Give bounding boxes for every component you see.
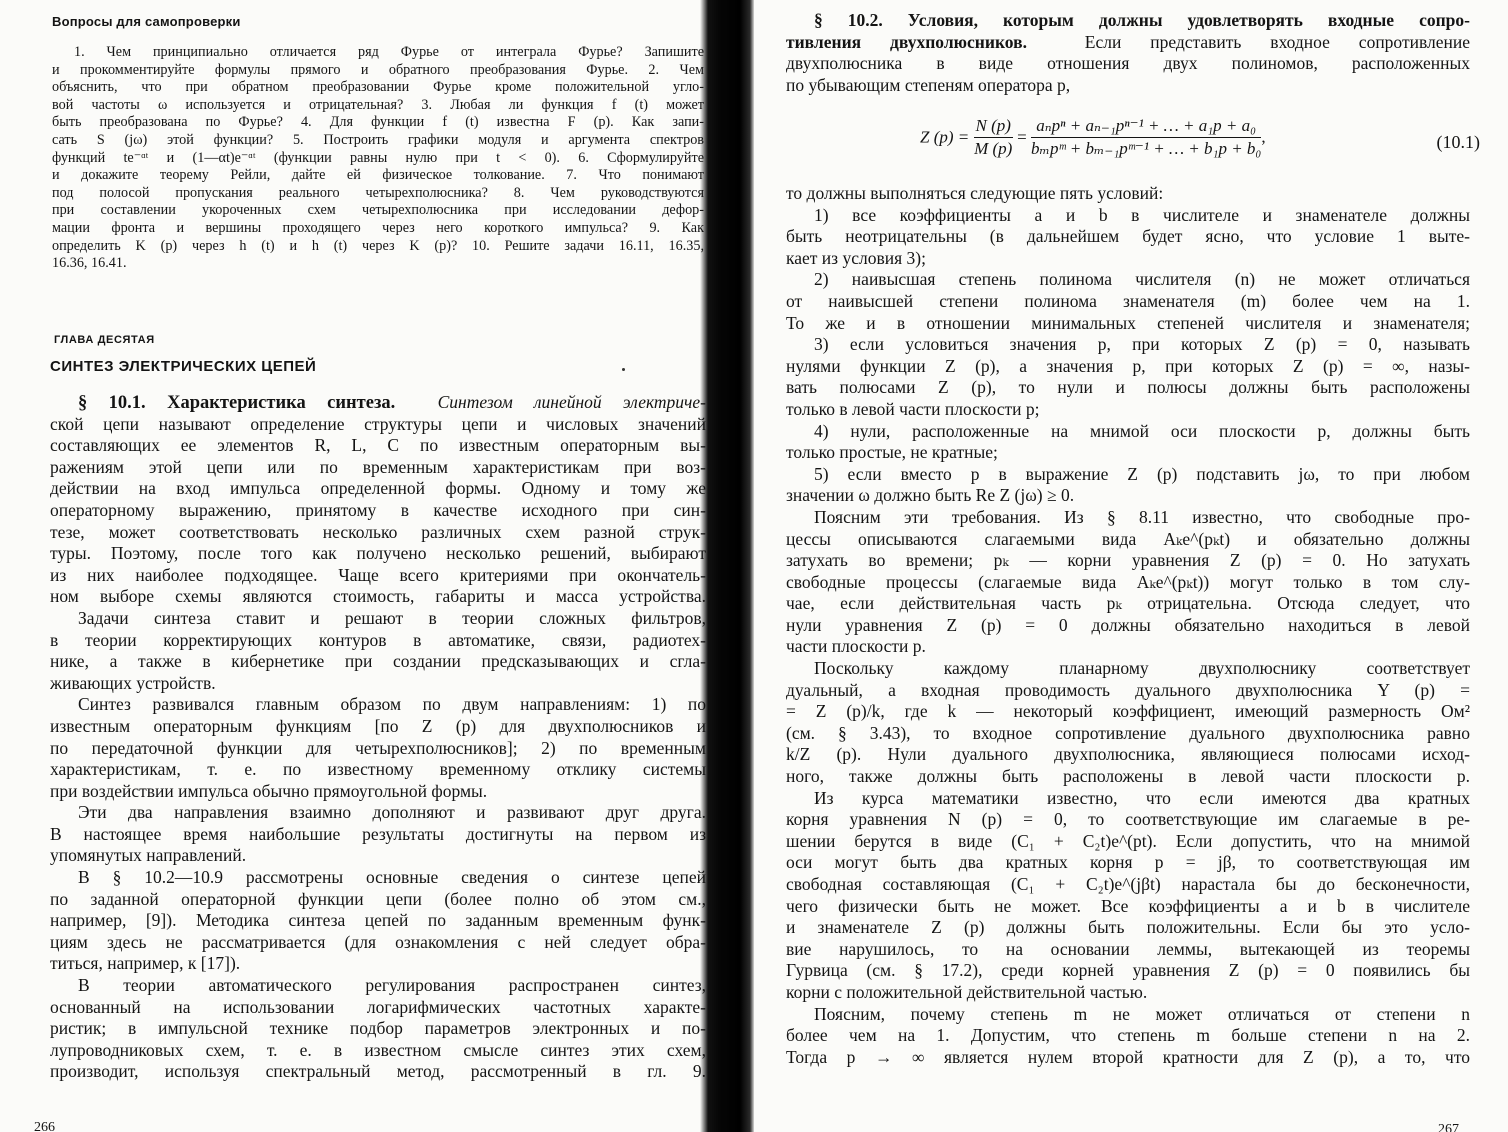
paragraph-line: чае, если действительная часть pₖ отрица… (786, 593, 1470, 615)
condition-1-line: 1) все коэффициенты a и b в числителе и … (786, 205, 1470, 227)
condition-2-line: То же и в отношении минимальных степеней… (786, 313, 1470, 335)
condition-1-line: быть неотрицательны (в дальнейшем будет … (786, 226, 1470, 248)
questions-block: 1. Чем принципиально отличается ряд Фурь… (52, 44, 704, 273)
question-line: 1. Чем принципиально отличается ряд Фурь… (52, 44, 704, 62)
section-line: ном выборе схемы являются стоимость, габ… (50, 586, 706, 608)
question-line: и прокомментируйте формулы прямого и обр… (52, 62, 704, 80)
paragraph-line: Из курса математики известно, что если и… (786, 788, 1470, 810)
section-line: действии на вход импульса определенной ф… (50, 478, 706, 500)
section-line: ражениям этой цепи или по временным хара… (50, 457, 706, 479)
paragraph-line: k/Z (p). Нули дуального двухполюсника, я… (786, 744, 1470, 766)
paragraph-line: Поясним эти требования. Из § 8.11 извест… (786, 507, 1470, 529)
section-line: туры. Поэтому, после того как получено н… (50, 543, 706, 565)
paragraph-line: циям здесь не рассматривается (для ознак… (50, 932, 706, 954)
section-10-1: § 10.1. Характеристика синтеза. Синтезом… (50, 392, 706, 1083)
paragraph-line: нули уравнения Z (p) = 0 должны обязател… (786, 615, 1470, 637)
paragraph-line: по заданной операторной функции цепи (бо… (50, 889, 706, 911)
paragraph-line: В настоящее время наибольшие результаты … (50, 824, 706, 846)
paragraph-line: = Z (p)/k, где k — некоторый коэффициент… (786, 701, 1470, 723)
paragraph-line: части плоскости p. (786, 636, 1470, 658)
formula-denominator-1: M (p) (974, 138, 1013, 159)
section-text: Если представить входное сопротивление (1085, 32, 1470, 52)
paragraph-line: титься, например, к [17]). (50, 953, 706, 975)
paragraph-line: Синтез развивался главным образом по дву… (50, 694, 706, 716)
questions-heading: Вопросы для самопроверки (52, 14, 241, 29)
condition-3-line: нулями функции Z (p), а значения p, при … (786, 356, 1470, 378)
condition-2-line: 2) наивысшая степень полинома числителя … (786, 269, 1470, 291)
paragraph-line: Задачи синтеза ставит и решают в теории … (50, 608, 706, 630)
paragraph-line: оси могут быть два кратных корня p = jβ,… (786, 852, 1470, 874)
paragraph-line: более чем на 1. Допустим, что степень m … (786, 1025, 1470, 1047)
section-heading-cont: тивления двухполюсников. (786, 32, 1027, 52)
condition-5-line: значении ω должно быть Re Z (jω) ≥ 0. (786, 485, 1470, 507)
left-page: Вопросы для самопроверки 1. Чем принципи… (0, 0, 712, 1132)
paragraph-line: Поскольку каждому планарному двухполюсни… (786, 658, 1470, 680)
paragraph-line: упомянутых направлений. (50, 845, 706, 867)
formula-fraction-1: N (p) M (p) (974, 116, 1013, 159)
formula-comma: , (1261, 128, 1265, 147)
paragraph-line: шении берутся в виде (C₁ + C₂t)e^(pt). Е… (786, 831, 1470, 853)
paragraph-line: (см. § 3.43), то входное сопротивление д… (786, 723, 1470, 745)
chapter-label: ГЛАВА ДЕСЯТАЯ (54, 334, 155, 346)
question-line: функций te⁻ᵅᵗ и (1—αt)e⁻ᵅᵗ (функции равн… (52, 150, 704, 168)
section-line: операторному выражению, принятому в каче… (50, 500, 706, 522)
paragraph-line: ристик; в импульсной технике подбор пара… (50, 1018, 706, 1040)
paragraph-line: лупроводниковых схем, т. е. в известном … (50, 1040, 706, 1062)
paragraph-line: и знаменателе Z (p) должны быть положите… (786, 917, 1470, 939)
chapter-title: СИНТЕЗ ЭЛЕКТРИЧЕСКИХ ЦЕПЕЙ (50, 358, 316, 375)
paragraph-line: свободные процессы (слагаемые вида Aₖe^(… (786, 572, 1470, 594)
section-heading: § 10.1. Характеристика синтеза. (78, 393, 395, 413)
paragraph-line: при воздействии импульса обычно прямоуго… (50, 781, 706, 803)
section-line: составляющих ее элементов R, L, C по изв… (50, 435, 706, 457)
paragraph-line: свободная составляющая (C₁ + C₂t)e^(jβt)… (786, 874, 1470, 896)
section-line: по убывающим степеням оператора p, (786, 75, 1470, 97)
section-line: тезе, может соответствовать несколько ра… (50, 522, 706, 544)
section-10-2-body: то должны выполняться следующие пять усл… (786, 183, 1470, 1068)
question-line: 16.36, 16.41. (52, 255, 704, 273)
condition-3-line: вать полюсами Z (p), то нули и полюсы до… (786, 377, 1470, 399)
section-line: тивления двухполюсников. Если представит… (786, 32, 1470, 54)
paragraph-line: цессы описываются слагаемыми вида Aₖe^(p… (786, 529, 1470, 551)
paragraph-line: производит, используя спектральный метод… (50, 1061, 706, 1083)
paragraph-line: основанный на использовании логарифмичес… (50, 997, 706, 1019)
question-line: сать S (jω) этой функции? 5. Построить г… (52, 132, 704, 150)
condition-3-line: только в левой части плоскости p; (786, 399, 1470, 421)
paragraph-line: известным операторным функциям [по Z (p)… (50, 716, 706, 738)
formula-numerator-1: N (p) (974, 116, 1013, 138)
paragraph-line: корня уравнения N (p) = 0, то соответств… (786, 809, 1470, 831)
paragraph-line: Гурвица (см. § 17.2), среди корней уравн… (786, 960, 1470, 982)
paragraph-line: например, [9]). Методика синтеза цепей п… (50, 910, 706, 932)
paragraph-line: корни с положительной действительной час… (786, 982, 1470, 1004)
paragraph-line: Тогда p → ∞ является нулем второй кратно… (786, 1047, 1470, 1069)
condition-1-line: кает из условия 3); (786, 248, 1470, 270)
formula-fraction-2: aₙpⁿ + aₙ₋₁pⁿ⁻¹ + … + a₁p + a₀ bₘpᵐ + bₘ… (1031, 116, 1261, 159)
paragraph-line: то должны выполняться следующие пять усл… (786, 183, 1470, 205)
condition-5-line: 5) если вместо p в выражение Z (p) подст… (786, 464, 1470, 486)
paragraph-line: нике, а также в кибернетике при создании… (50, 651, 706, 673)
question-line: объяснить, что при обратном преобразован… (52, 79, 704, 97)
formula-numerator-2: aₙpⁿ + aₙ₋₁pⁿ⁻¹ + … + a₁p + a₀ (1031, 116, 1261, 138)
paragraph-line: В теории автоматического регулирования р… (50, 975, 706, 997)
equation-number: (10.1) (1437, 132, 1481, 153)
paragraph-line: затухать во времени; pₖ — корни уравнени… (786, 550, 1470, 572)
equation-10-1: Z (p) = N (p) M (p) = aₙpⁿ + aₙ₋₁pⁿ⁻¹ + … (920, 116, 1480, 176)
condition-4-line: 4) нули, расположенные на мнимой оси пло… (786, 421, 1470, 443)
page-number-right: 267 (1438, 1122, 1459, 1132)
paragraph-line: в теории корректирующих контуров в автом… (50, 630, 706, 652)
section-line: ской цепи называют определение структуры… (50, 414, 706, 436)
section-line: двухполюсника в виде отношения двух поли… (786, 53, 1470, 75)
question-line: вой частоты ω используется и отрицательн… (52, 97, 704, 115)
question-line: мации фронта и вершины проходящего через… (52, 220, 704, 238)
question-line: определить K (p) через h (t) и h (t) чер… (52, 238, 704, 256)
question-line: под полосой пропускания реального четыре… (52, 185, 704, 203)
section-definition: Синтезом линейной электриче- (438, 392, 706, 412)
speck (622, 368, 625, 371)
section-line: из них наиболее подходящее. Чаще всего к… (50, 565, 706, 587)
paragraph-line: Эти два направления взаимно дополняют и … (50, 802, 706, 824)
paragraph-line: вие нарушилось, то на основании леммы, в… (786, 939, 1470, 961)
question-line: быть преобразована по Фурье? 4. Для функ… (52, 114, 704, 132)
condition-4-line: только простые, не кратные; (786, 442, 1470, 464)
condition-2-line: от наивысшей степени полинома знаменател… (786, 291, 1470, 313)
paragraph-line: дуальный, а входная проводимость дуально… (786, 680, 1470, 702)
paragraph-line: живающих устройств. (50, 673, 706, 695)
section-line: § 10.1. Характеристика синтеза. Синтезом… (50, 392, 706, 414)
question-line: и докажите теорему Рейли, дайте ей физич… (52, 167, 704, 185)
formula-denominator-2: bₘpᵐ + bₘ₋₁pᵐ⁻¹ + … + b₁p + b₀ (1031, 138, 1261, 159)
right-page: § 10.2. Условия, которым должны удовлетв… (752, 0, 1508, 1132)
section-10-2-intro: § 10.2. Условия, которым должны удовлетв… (786, 10, 1470, 96)
paragraph-line: ного, также должны быть расположены в ле… (786, 766, 1470, 788)
book-binding-gutter (700, 0, 754, 1132)
page-number-left: 266 (34, 1120, 55, 1132)
formula-equals: = (1017, 128, 1027, 147)
paragraph-line: характеристикам, т. е. по известному вре… (50, 759, 706, 781)
question-line: при составлении укороченных схем четырех… (52, 202, 704, 220)
section-heading: § 10.2. Условия, которым должны удовлетв… (786, 10, 1470, 32)
paragraph-line: В § 10.2—10.9 рассмотрены основные сведе… (50, 867, 706, 889)
paragraph-line: по передаточной функции для четырехполюс… (50, 738, 706, 760)
condition-3-line: 3) если условиться значения p, при котор… (786, 334, 1470, 356)
paragraph-line: Поясним, почему степень m не может отлич… (786, 1004, 1470, 1026)
formula-lhs: Z (p) = (920, 128, 969, 147)
paragraph-line: чего физически быть не может. Все коэффи… (786, 896, 1470, 918)
